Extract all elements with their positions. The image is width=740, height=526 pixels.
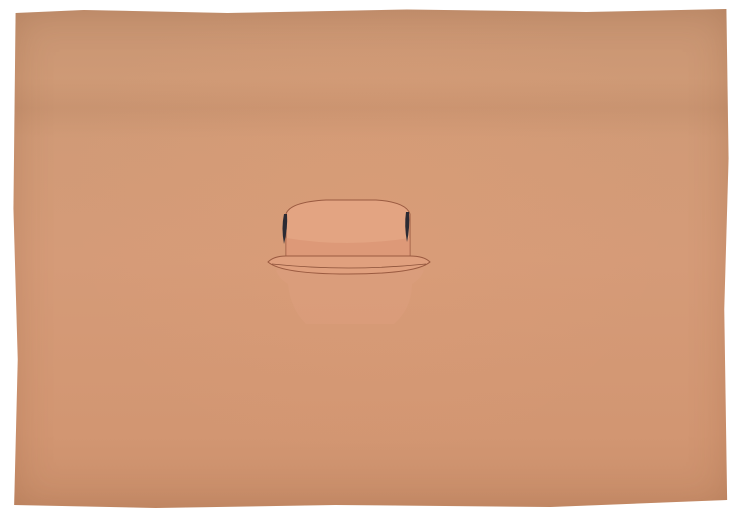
hat-drawing (266, 198, 432, 328)
paper-texture-band (12, 78, 730, 138)
